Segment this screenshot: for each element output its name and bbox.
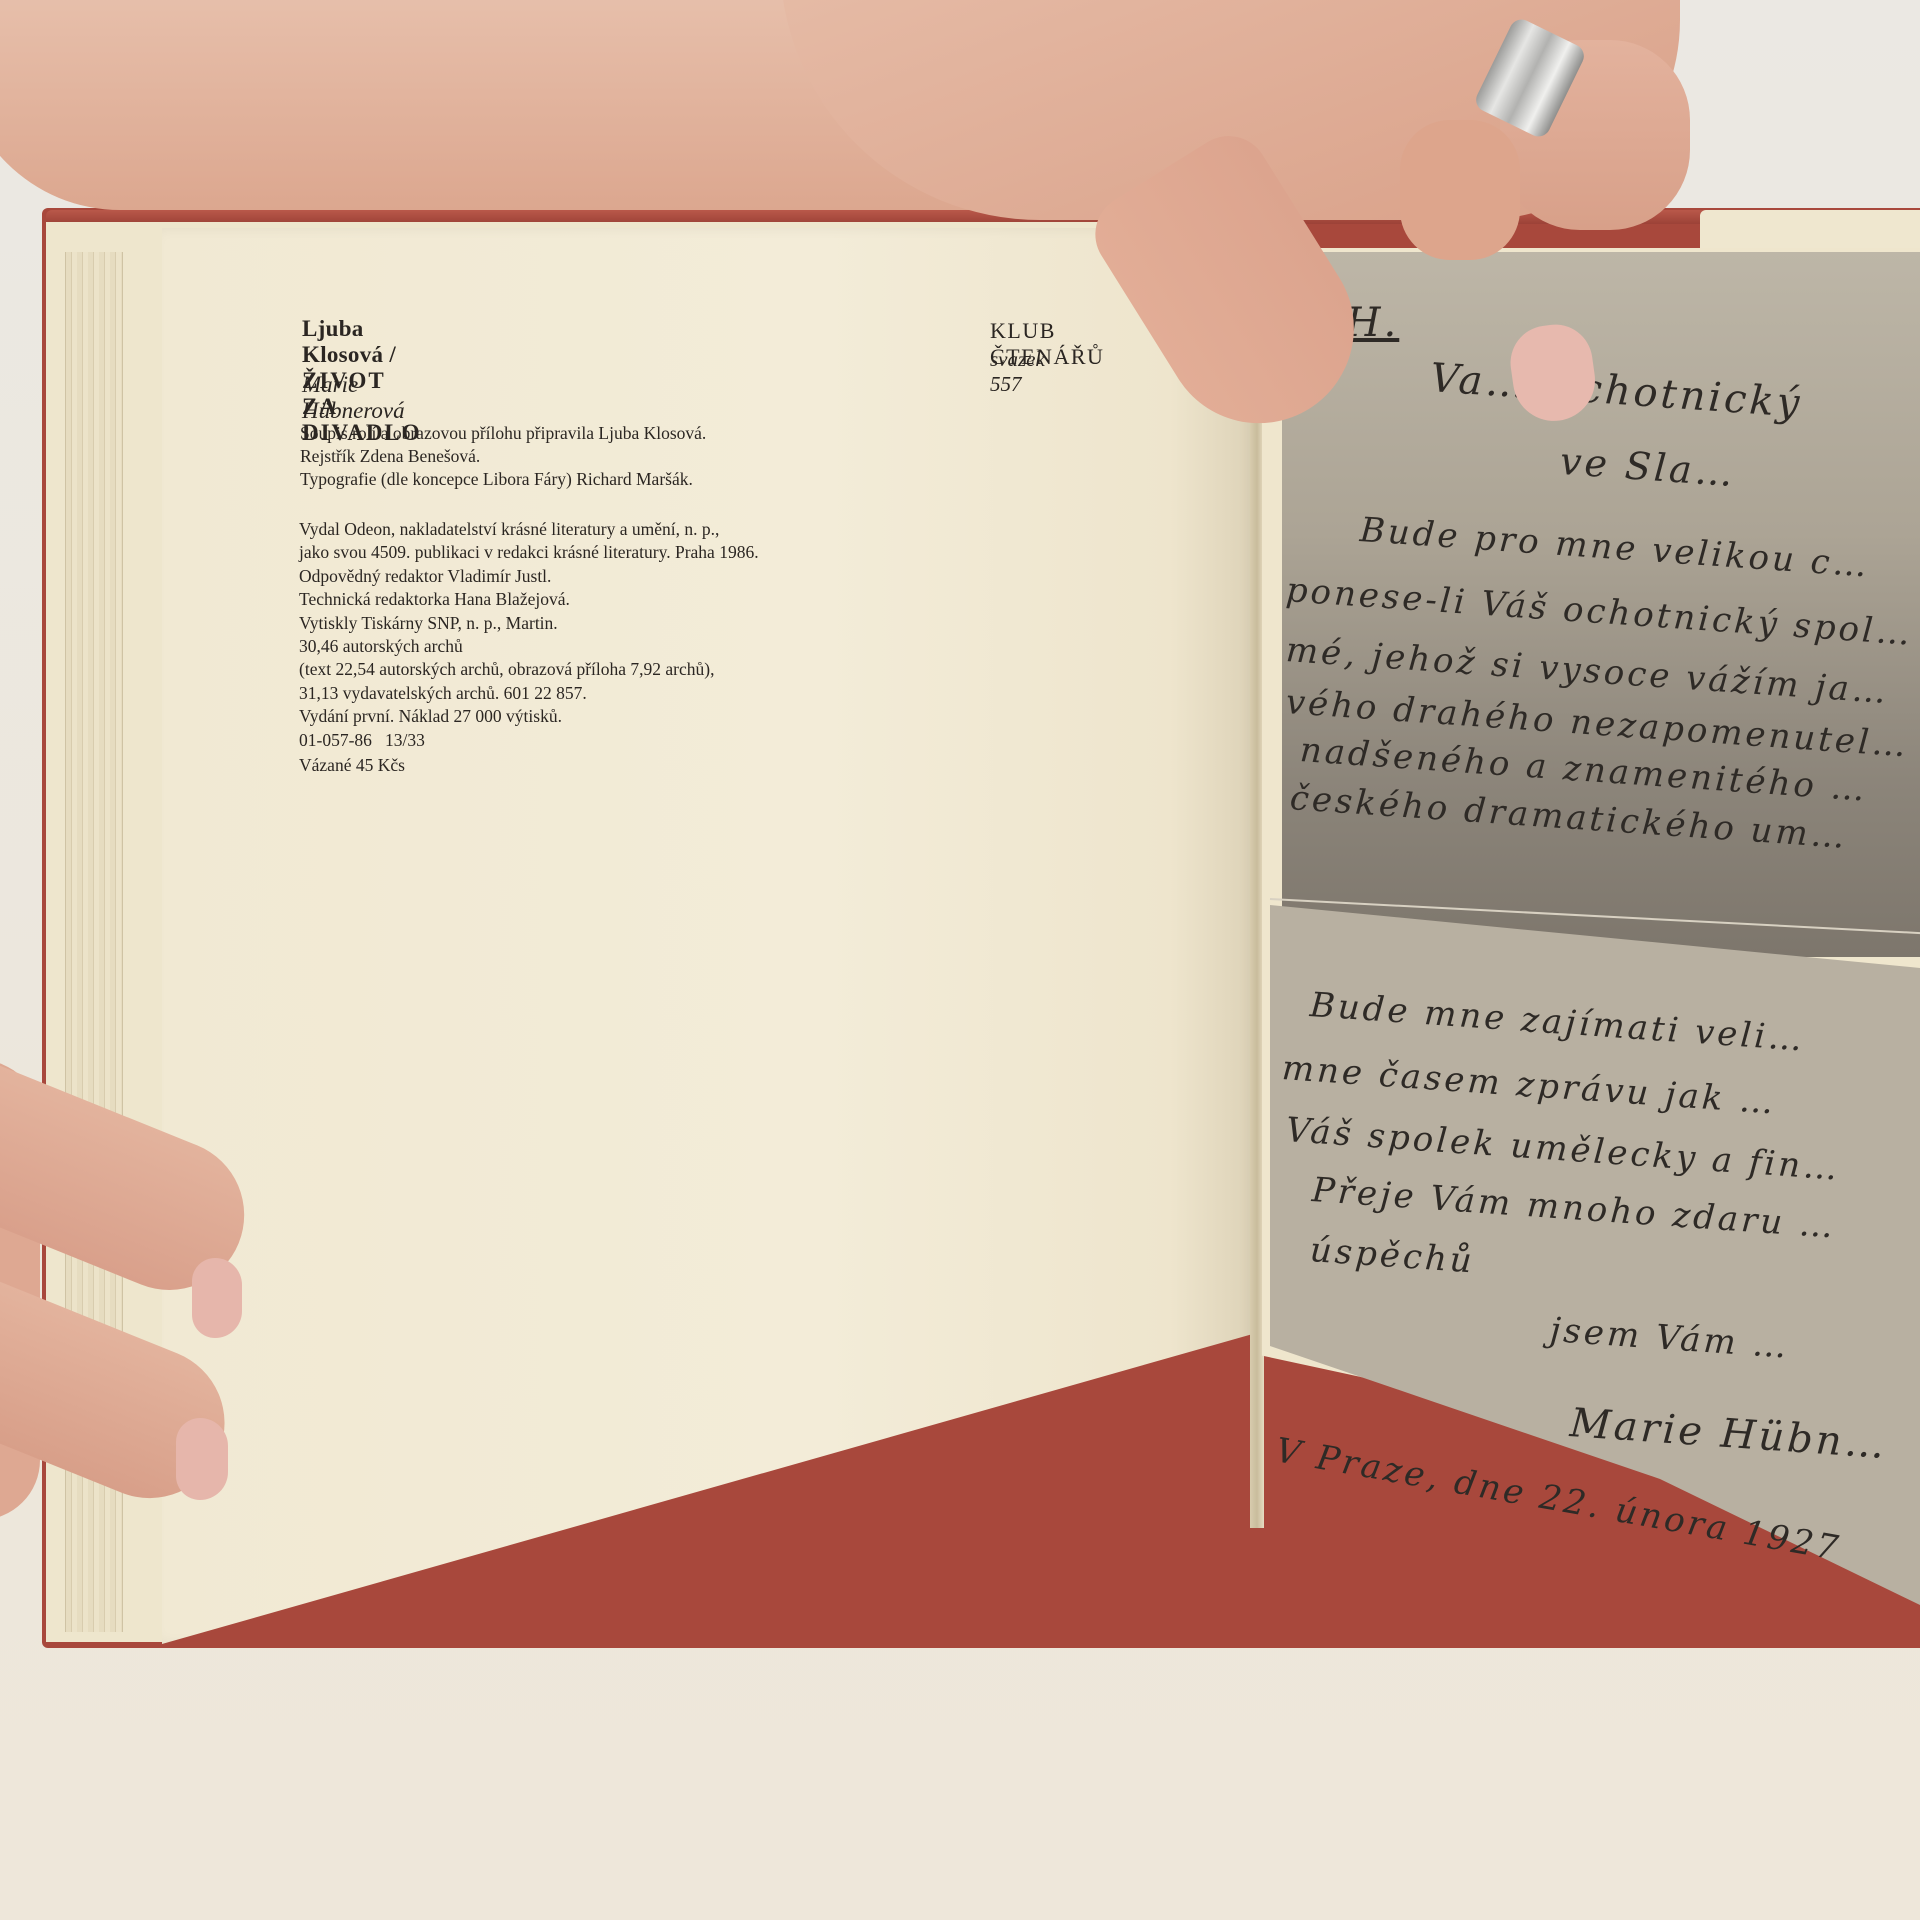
imprint-line: Vytiskly Tiskárny SNP, n. p., Martin. xyxy=(299,612,759,635)
fingernail xyxy=(192,1258,242,1338)
imprint-line: 30,46 autorských archů xyxy=(299,635,759,658)
price-line: Vázané 45 Kčs xyxy=(299,754,759,777)
middle-finger xyxy=(1400,120,1520,260)
credit-line: Soupis rolí a obrazovou přílohu připravi… xyxy=(300,422,706,445)
series-volume: svazek 557 xyxy=(990,347,1045,397)
subject-name: Marie Hübnerová xyxy=(302,372,405,424)
credit-line: Typografie (dle koncepce Libora Fáry) Ri… xyxy=(300,468,706,491)
book-photo: Ljuba Klosová / ŽIVOT ZA DIVADLO KLUB ČT… xyxy=(0,0,1920,1920)
imprint-line: (text 22,54 autorských archů, obrazová p… xyxy=(299,658,759,681)
credits-block: Soupis rolí a obrazovou přílohu připravi… xyxy=(300,422,706,491)
imprint-line: 01-057-86 13/33 xyxy=(299,729,759,752)
page-tab xyxy=(1700,210,1920,252)
credit-line: Rejstřík Zdena Benešová. xyxy=(300,445,706,468)
imprint-line: Odpovědný redaktor Vladimír Justl. xyxy=(299,565,759,588)
title-separator: / xyxy=(383,342,396,367)
author-name: Ljuba Klosová xyxy=(302,316,383,367)
imprint-line: Vydal Odeon, nakladatelství krásné liter… xyxy=(299,518,759,541)
imprint-line: 31,13 vydavatelských archů. 601 22 857. xyxy=(299,682,759,705)
imprint-line: Technická redaktorka Hana Blažejová. xyxy=(299,588,759,611)
fingernail xyxy=(176,1418,228,1500)
imprint-line: jako svou 4509. publikaci v redakci krás… xyxy=(299,541,759,564)
imprint-line: Vydání první. Náklad 27 000 výtisků. xyxy=(299,705,759,728)
imprint-block: Vydal Odeon, nakladatelství krásné liter… xyxy=(299,518,759,777)
